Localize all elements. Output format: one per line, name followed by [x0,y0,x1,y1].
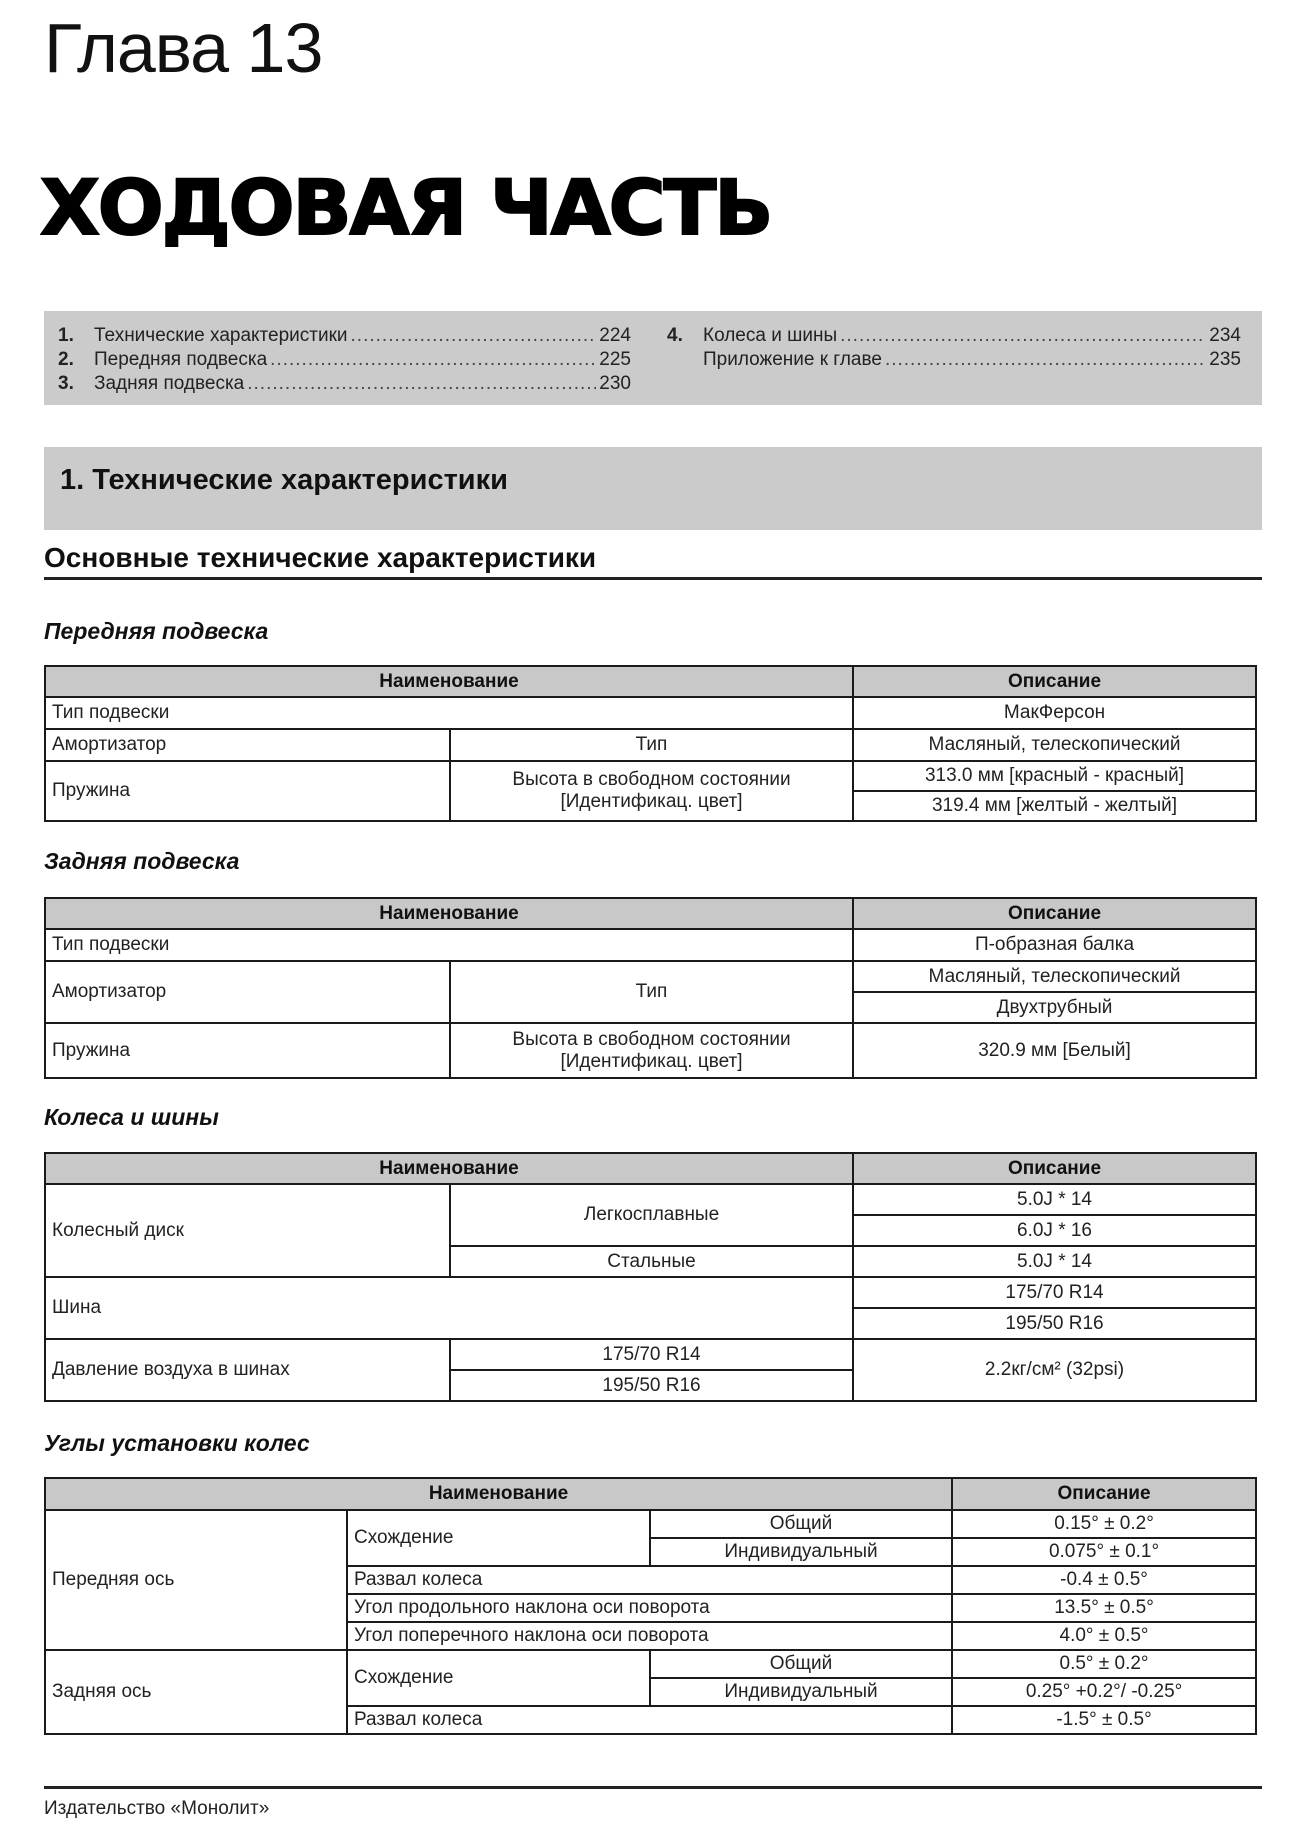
cell-param: Тип [450,961,853,1023]
cell-value: 13.5° ± 0.5° [952,1594,1256,1622]
toc-entry-page: 234 [1209,324,1241,348]
front-suspension-caption: Передняя подвеска [44,618,268,645]
cell-value: МакФерсон [853,697,1256,729]
toc-entry-label: Приложение к главе [703,348,882,372]
table-row: Колесный диск Легкосплавные 5.0J * 14 [45,1184,1256,1215]
column-header-name: Наименование [45,666,853,697]
cell-value: 6.0J * 16 [853,1215,1256,1246]
cell-camber: Развал колеса [347,1566,952,1594]
cell-value: П-образная балка [853,929,1256,961]
publisher-footer: Издательство «Монолит» [44,1798,269,1820]
cell-label: Тип подвески [45,697,853,729]
toc-entry-number: 4. [667,324,703,348]
section-header: 1. Технические характеристики [44,447,1262,530]
subsection-header: Основные технические характеристики [44,540,1262,580]
cell-value: 0.25° +0.2°/ -0.25° [952,1678,1256,1706]
cell-label: Амортизатор [45,961,450,1023]
toc-entry-label: Колеса и шины [703,324,837,348]
cell-camber: Развал колеса [347,1706,952,1734]
toc-leader-dots [840,324,1206,348]
cell-value: 5.0J * 14 [853,1246,1256,1277]
toc-entry-label: Задняя подвеска [94,372,244,396]
toc-leader-dots [247,372,596,396]
toc-entry[interactable]: 1. Технические характеристики 224 [58,324,631,348]
alignment-table: Наименование Описание Передняя ось Схожд… [44,1477,1257,1735]
toc-entry-page: 230 [599,372,631,396]
table-row: Пружина Высота в свободном состоянии [Ид… [45,761,1256,791]
cell-value: 0.5° ± 0.2° [952,1650,1256,1678]
cell-value: 5.0J * 14 [853,1184,1256,1215]
cell-toe-total: Общий [650,1650,952,1678]
cell-value: 4.0° ± 0.5° [952,1622,1256,1650]
table-row: Передняя ось Схождение Общий 0.15° ± 0.2… [45,1510,1256,1538]
table-row: Шина 175/70 R14 [45,1277,1256,1308]
cell-label: Тип подвески [45,929,853,961]
cell-value: 175/70 R14 [853,1277,1256,1308]
rear-suspension-caption: Задняя подвеска [44,848,239,875]
toc-entry-number: 2. [58,348,94,372]
toc-entry[interactable]: 3. Задняя подвеска 230 [58,372,631,396]
cell-caster: Угол продольного наклона оси поворота [347,1594,952,1622]
cell-param: 175/70 R14 [450,1339,853,1370]
column-header-description: Описание [853,1153,1256,1184]
cell-param: Стальные [450,1246,853,1277]
cell-label: Давление воздуха в шинах [45,1339,450,1401]
table-row: Амортизатор Тип Масляный, телескопически… [45,729,1256,761]
cell-param: Высота в свободном состоянии [Идентифика… [450,761,853,821]
toc-entry[interactable]: 4. Колеса и шины 234 [667,324,1241,348]
table-row: Задняя ось Схождение Общий 0.5° ± 0.2° [45,1650,1256,1678]
toc-leader-dots [885,348,1206,372]
cell-toe-total: Общий [650,1510,952,1538]
toc-entry-number: 3. [58,372,94,396]
table-row: Амортизатор Тип Масляный, телескопически… [45,961,1256,992]
wheels-caption: Колеса и шины [44,1104,219,1131]
table-row: Пружина Высота в свободном состоянии [Ид… [45,1023,1256,1078]
table-header-row: Наименование Описание [45,1153,1256,1184]
cell-label: Пружина [45,1023,450,1078]
column-header-description: Описание [952,1478,1256,1510]
cell-value: 0.075° ± 0.1° [952,1538,1256,1566]
table-header-row: Наименование Описание [45,666,1256,697]
cell-param: Легкосплавные [450,1184,853,1246]
cell-value: 320.9 мм [Белый] [853,1023,1256,1078]
toc-entry-label: Передняя подвеска [94,348,267,372]
cell-param: 195/50 R16 [450,1370,853,1401]
front-suspension-table: Наименование Описание Тип подвески МакФе… [44,665,1257,822]
alignment-caption: Углы установки колес [44,1430,310,1457]
cell-toe: Схождение [347,1510,650,1566]
table-row: Тип подвески П-образная балка [45,929,1256,961]
toc-entry-label: Технические характеристики [94,324,348,348]
cell-axle-rear: Задняя ось [45,1650,347,1734]
cell-toe: Схождение [347,1650,650,1706]
cell-toe-individual: Индивидуальный [650,1678,952,1706]
toc-leader-dots [351,324,597,348]
cell-value: -0.4 ± 0.5° [952,1566,1256,1594]
cell-value: 313.0 мм [красный - красный] [853,761,1256,791]
cell-value: 0.15° ± 0.2° [952,1510,1256,1538]
column-header-name: Наименование [45,1478,952,1510]
cell-param: Тип [450,729,853,761]
table-row: Тип подвески МакФерсон [45,697,1256,729]
cell-value: Двухтрубный [853,992,1256,1023]
column-header-description: Описание [853,898,1256,929]
cell-value: 2.2кг/см² (32psi) [853,1339,1256,1401]
cell-label: Пружина [45,761,450,821]
toc-entry-page: 235 [1209,348,1241,372]
cell-value: 319.4 мм [желтый - желтый] [853,791,1256,821]
table-of-contents: 1. Технические характеристики 224 2. Пер… [44,311,1262,405]
toc-entry-page: 225 [599,348,631,372]
cell-label: Шина [45,1277,853,1339]
toc-entry[interactable]: 2. Передняя подвеска 225 [58,348,631,372]
toc-entry-page: 224 [599,324,631,348]
wheels-table: Наименование Описание Колесный диск Легк… [44,1152,1257,1402]
toc-entry[interactable]: Приложение к главе 235 [667,348,1241,372]
cell-value: Масляный, телескопический [853,729,1256,761]
rear-suspension-table: Наименование Описание Тип подвески П-обр… [44,897,1257,1079]
chapter-number: Глава 13 [44,8,322,88]
cell-kingpin: Угол поперечного наклона оси поворота [347,1622,952,1650]
table-header-row: Наименование Описание [45,898,1256,929]
column-header-description: Описание [853,666,1256,697]
cell-toe-individual: Индивидуальный [650,1538,952,1566]
toc-entry-number: 1. [58,324,94,348]
subsection-title: Основные технические характеристики [44,542,596,574]
table-row: Давление воздуха в шинах 175/70 R14 2.2к… [45,1339,1256,1370]
cell-value: 195/50 R16 [853,1308,1256,1339]
section-title: 1. Технические характеристики [60,464,508,497]
toc-column-right: 4. Колеса и шины 234 Приложение к главе … [667,324,1241,372]
toc-column-left: 1. Технические характеристики 224 2. Пер… [58,324,631,396]
cell-param: Высота в свободном состоянии [Идентифика… [450,1023,853,1078]
table-header-row: Наименование Описание [45,1478,1256,1510]
cell-label: Амортизатор [45,729,450,761]
cell-label: Колесный диск [45,1184,450,1277]
footer-divider [44,1786,1262,1789]
cell-value: Масляный, телескопический [853,961,1256,992]
column-header-name: Наименование [45,898,853,929]
toc-leader-dots [270,348,596,372]
chapter-title: ХОДОВАЯ ЧАСТЬ [40,166,771,250]
cell-axle-front: Передняя ось [45,1510,347,1650]
column-header-name: Наименование [45,1153,853,1184]
cell-value: -1.5° ± 0.5° [952,1706,1256,1734]
